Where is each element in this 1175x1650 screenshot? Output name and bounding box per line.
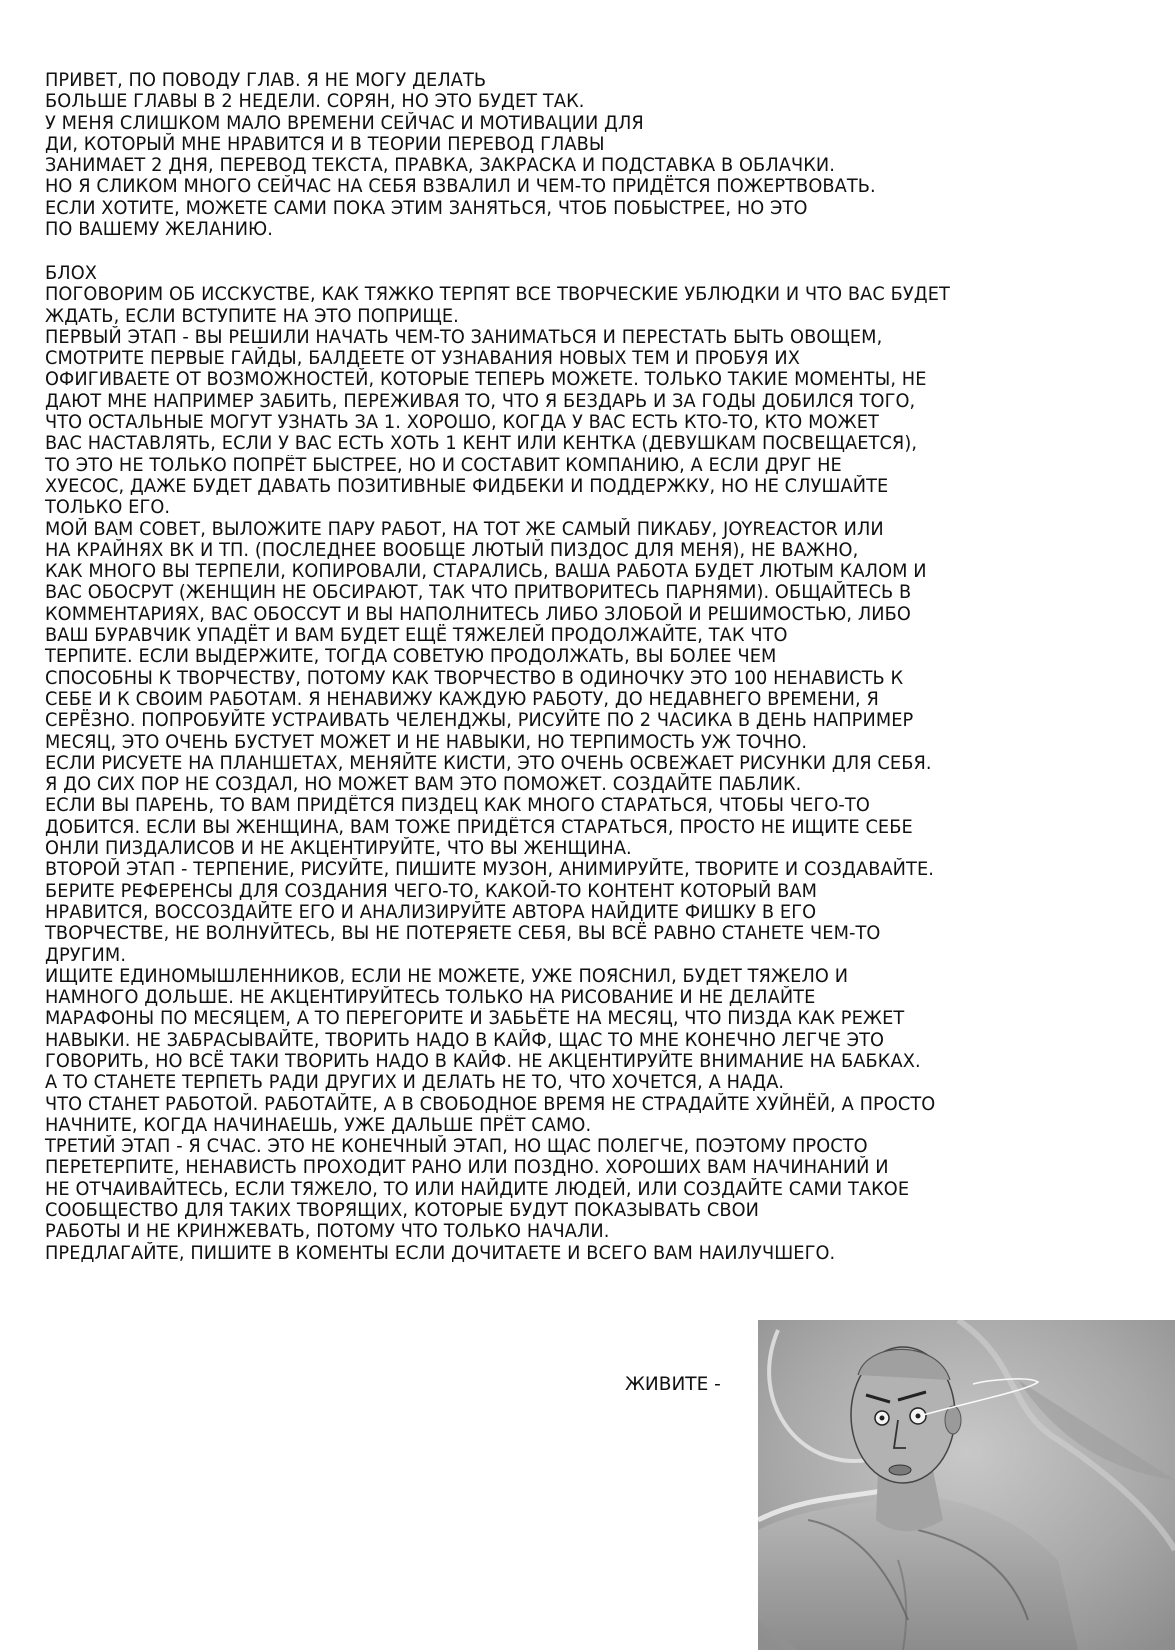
text-line: навыки. не забрасывайте, творить надо в … xyxy=(45,1030,1125,1051)
text-line: намного дольше. не акцентируйтесь только… xyxy=(45,987,1125,1008)
text-line: ваш буравчик упадёт и вам будет ещё тяже… xyxy=(45,625,1125,646)
text-line: ждать, если вступите на это поприще. xyxy=(45,306,1125,327)
text-line: месяц, это очень бустует может и не навы… xyxy=(45,732,1125,753)
text-line: по вашему желанию. xyxy=(45,219,1125,240)
text-line: дают мне например забить, переживая то, … xyxy=(45,391,1125,412)
text-line: если рисуете на планшетах, меняйте кисти… xyxy=(45,753,1125,774)
text-line: поговорим об исскустве, как тяжко терпят… xyxy=(45,284,1125,305)
text-line: говорить, но всё таки творить надо в кай… xyxy=(45,1051,1125,1072)
text-line: офигиваете от возможностей, которые тепе… xyxy=(45,369,1125,390)
man-portrait-icon xyxy=(758,1320,1175,1650)
text-line: перетерпите, ненависть проходит рано или… xyxy=(45,1157,1125,1178)
text-line: если вы парень, то вам придётся пиздец к… xyxy=(45,795,1125,816)
text-line: смотрите первые гайды, балдеете от узнав… xyxy=(45,348,1125,369)
text-line: как много вы терпели, копировали, старал… xyxy=(45,561,1125,582)
text-line: марафоны по месяцем, а то перегорите и з… xyxy=(45,1008,1125,1029)
text-line: берите референсы для создания чего-то, к… xyxy=(45,881,1125,902)
text-line: ищите единомышленников, если не можете, … xyxy=(45,966,1125,987)
text-line: другим. xyxy=(45,945,1125,966)
text-line: только его. xyxy=(45,497,1125,518)
text-line: сообщество для таких творящих, которые б… xyxy=(45,1200,1125,1221)
text-line: привет, по поводу глав. я не могу делать xyxy=(45,70,1125,91)
text-line: комментариях, вас обоссут и вы наполните… xyxy=(45,604,1125,625)
text-line: способны к творчеству, потому как творче… xyxy=(45,668,1125,689)
text-line: что остальные могут узнать за 1. хорошо,… xyxy=(45,412,1125,433)
intro-paragraph: привет, по поводу глав. я не могу делать… xyxy=(45,70,1165,240)
text-line: вас наставлять, если у вас есть хоть 1 к… xyxy=(45,433,1125,454)
text-line: вас обосрут (женщин не обсирают, так что… xyxy=(45,582,1125,603)
text-line: первый этап - вы решили начать чем-то за… xyxy=(45,327,1125,348)
text-line: больше главы в 2 недели. сорян, но это б… xyxy=(45,91,1125,112)
text-line: себе и к своим работам. я ненавижу кажду… xyxy=(45,689,1125,710)
text-line: блох xyxy=(45,263,1125,284)
text-line: нравится, воссоздайте его и анализируйте… xyxy=(45,902,1125,923)
text-line: а то станете терпеть ради других и делат… xyxy=(45,1072,1125,1093)
text-line: но я сликом много сейчас на себя взвалил… xyxy=(45,176,1125,197)
text-line: работы и не кринжевать, потому что тольк… xyxy=(45,1221,1125,1242)
text-line: предлагайте, пишите в коменты если дочит… xyxy=(45,1243,1125,1264)
text-line: второй этап - терпение, рисуйте, пишите … xyxy=(45,859,1125,880)
text-line: если хотите, можете сами пока этим занят… xyxy=(45,198,1125,219)
text-line: онли пиздалисов и не акцентируйте, что в… xyxy=(45,838,1125,859)
text-line: добится. если вы женщина, вам тоже придё… xyxy=(45,817,1125,838)
text-line: мой вам совет, выложите пару работ, на т… xyxy=(45,519,1125,540)
text-line: ди, который мне нравится и в теории пере… xyxy=(45,134,1125,155)
text-line: терпите. если выдержите, тогда советую п… xyxy=(45,646,1125,667)
text-line: то это не только попрёт быстрее, но и со… xyxy=(45,455,1125,476)
signature-text: живите - xyxy=(625,1374,721,1396)
text-line: у меня слишком мало времени сейчас и мот… xyxy=(45,113,1125,134)
text-line: серёзно. попробуйте устраивать челенджы,… xyxy=(45,710,1125,731)
text-line: не отчаивайтесь, если тяжело, то или най… xyxy=(45,1179,1125,1200)
text-line: третий этап - я счас. это не конечный эт… xyxy=(45,1136,1125,1157)
text-line: начните, когда начинаешь, уже дальше прё… xyxy=(45,1115,1125,1136)
text-line: что станет работой. работайте, а в свобо… xyxy=(45,1094,1125,1115)
text-line: я до сих пор не создал, но может вам это… xyxy=(45,774,1125,795)
illustration-image xyxy=(758,1320,1175,1650)
text-line: занимает 2 дня, перевод текста, правка, … xyxy=(45,155,1125,176)
document-page: привет, по поводу глав. я не могу делать… xyxy=(0,0,1175,1650)
text-line: на крайнях вк и тп. (последнее вообще лю… xyxy=(45,540,1125,561)
text-line: творчестве, не волнуйтесь, вы не потеряе… xyxy=(45,923,1125,944)
essay-paragraph: блохпоговорим об исскустве, как тяжко те… xyxy=(45,263,1165,1264)
text-line: хуесос, даже будет давать позитивные фид… xyxy=(45,476,1125,497)
